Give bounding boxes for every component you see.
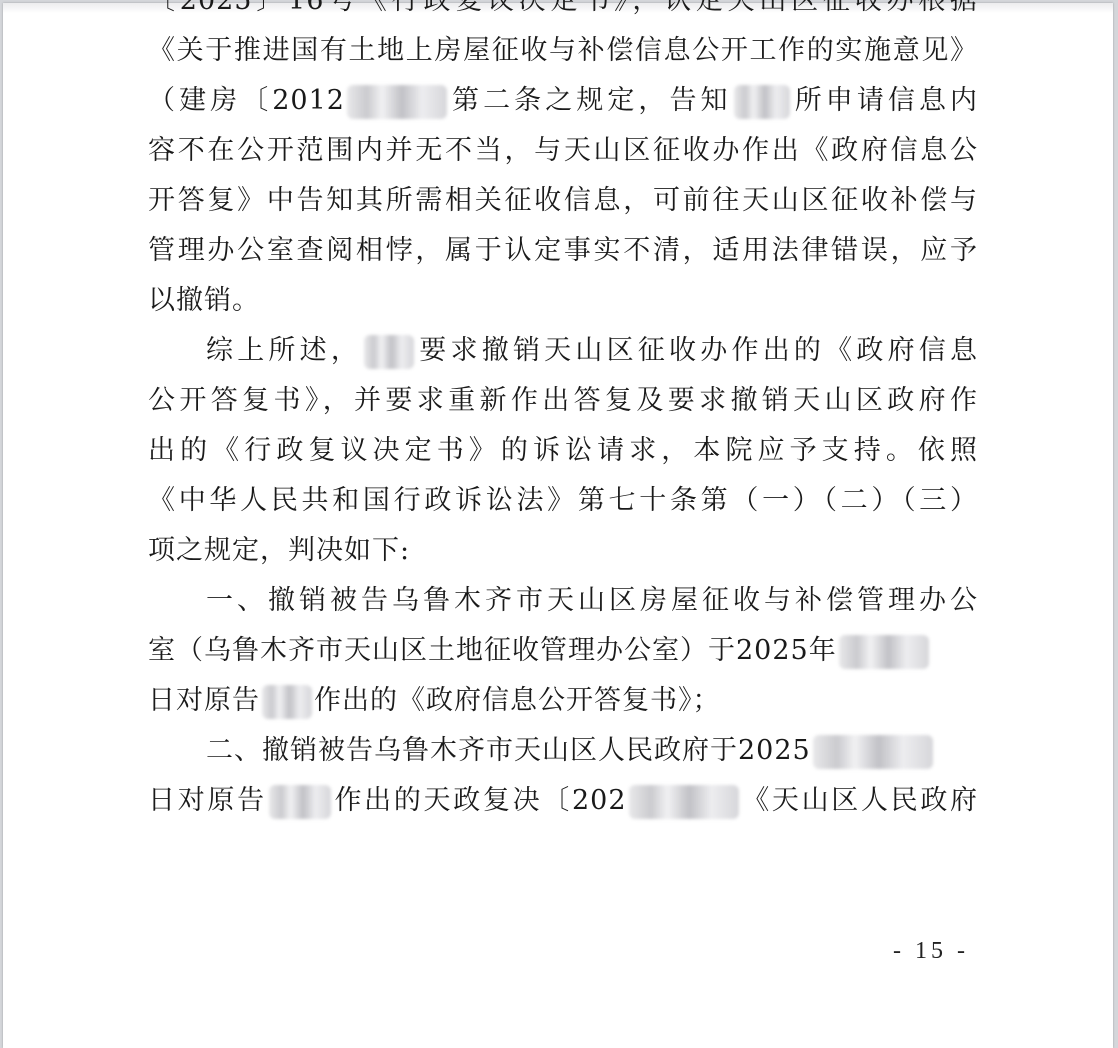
judgment-item-2: 二、撤销被告乌鲁木齐市天山区人民政府于2025 [148,726,978,776]
judgment-body-text: 〔2025〕16号《行政复议决定书》，认定天山区征收办根据 《关于推进国有土地上… [148,0,978,826]
document-page: 〔2025〕16号《行政复议决定书》，认定天山区征收办根据 《关于推进国有土地上… [3,3,1113,1048]
text-line: 容不在公开范围内并无不当，与天山区征收办作出《政府信息公 [148,126,978,176]
redacted-name [269,785,331,819]
redacted-name [262,685,312,719]
text-line: 日对原告作出的天政复决〔202《天山区人民政府 [148,776,978,826]
redacted-date [839,635,929,669]
text-line: 《中华人民共和国行政诉讼法》第七十条第（一）（二）（三） [148,476,978,526]
text-line: 室（乌鲁木齐市天山区土地征收管理办公室）于2025年 [148,626,978,676]
redacted-document-number [629,785,739,819]
judgment-item-1: 一、撤销被告乌鲁木齐市天山区房屋征收与补偿管理办公 [148,576,978,626]
text-line: 《关于推进国有土地上房屋征收与补偿信息公开工作的实施意见》 [148,26,978,76]
redacted-name [734,85,790,119]
text-line: （建房〔2012第二条之规定，告知所申请信息内 [148,76,978,126]
text-line: 公开答复书》，并要求重新作出答复及要求撤销天山区政府作 [148,376,978,426]
text-line: 日对原告作出的《政府信息公开答复书》； [148,676,978,726]
text-line: 〔2025〕16号《行政复议决定书》，认定天山区征收办根据 [148,0,978,26]
page-number: - 15 - [893,938,969,965]
text-line: 项之规定，判决如下: [148,526,978,576]
redacted-name [364,335,414,369]
text-line: 出的《行政复议决定书》的诉讼请求，本院应予支持。依照 [148,426,978,476]
text-line: 综上所述，要求撤销天山区征收办作出的《政府信息 [148,326,978,376]
text-line: 以撤销。 [148,276,978,326]
text-line: 开答复》中告知其所需相关征收信息，可前往天山区征收补偿与 [148,176,978,226]
redacted-date [813,735,933,769]
redacted-document-number [347,85,447,119]
text-line: 管理办公室查阅相悖，属于认定事实不清，适用法律错误，应予 [148,226,978,276]
